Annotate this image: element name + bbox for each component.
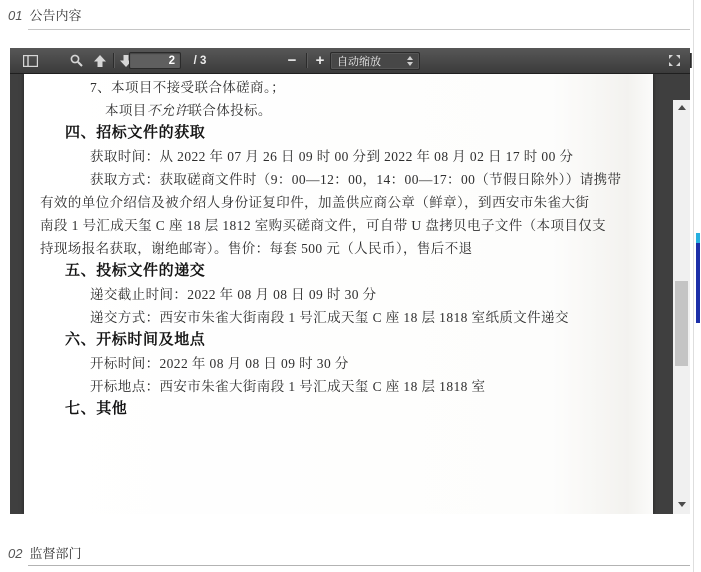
document-line: 有效的单位介绍信及被介绍人身份证复印件，加盖供应商公章（鲜章），到西安市朱雀大街 (24, 191, 653, 214)
zoom-in-button[interactable]: + (310, 48, 330, 73)
section-header-supervision: 02监督部门 (8, 543, 81, 562)
previous-page-button[interactable] (90, 48, 110, 73)
viewer-scrollbar[interactable] (673, 100, 690, 514)
toolbar-separator (690, 53, 691, 68)
document-line: 开标时间：2022 年 08 月 08 日 09 时 30 分 (24, 352, 653, 375)
document-line: 递交截止时间：2022 年 08 月 08 日 09 时 30 分 (24, 283, 653, 306)
sidebar-toggle-icon (23, 55, 38, 67)
zoom-select[interactable]: 自动缩放 (330, 52, 420, 70)
section-number: 02 (8, 546, 22, 561)
minus-icon: − (288, 53, 297, 68)
document-line: 七、其他 (24, 398, 653, 421)
search-icon (70, 54, 83, 67)
document-line: 获取时间：从 2022 年 07 月 26 日 09 时 00 分到 2022 … (24, 145, 653, 168)
document-lines: 7、本项目不接受联合体磋商。；本项目不允许联合体投标。四、招标文件的获取获取时间… (24, 74, 653, 421)
document-line: 六、开标时间及地点 (24, 329, 653, 352)
sidebar-toggle-button[interactable] (18, 48, 42, 73)
document-line: 五、投标文件的递交 (24, 260, 653, 283)
page-count-label: / 3 (186, 48, 214, 73)
section-divider (28, 565, 690, 566)
page-number-input[interactable] (129, 52, 181, 69)
plus-icon: + (316, 53, 325, 68)
search-button[interactable] (65, 48, 87, 73)
section-divider (28, 29, 690, 30)
zoom-select-value: 自动缩放 (337, 53, 407, 69)
pdf-toolbar: / 3 − + 自动缩放 (10, 48, 690, 74)
page-scrollbar-track (693, 0, 694, 572)
fullscreen-button[interactable] (662, 48, 686, 73)
toolbar-separator (306, 53, 307, 68)
pdf-page: 7、本项目不接受联合体磋商。；本项目不允许联合体投标。四、招标文件的获取获取时间… (24, 74, 653, 514)
document-line: 递交方式：西安市朱雀大街南段 1 号汇成天玺 C 座 18 层 1818 室纸质… (24, 306, 653, 329)
section-title: 公告内容 (29, 8, 81, 23)
page-scrollbar-thumb[interactable] (696, 233, 700, 323)
pdf-viewer: / 3 − + 自动缩放 7、本项目不接受联合体磋商。；本项目不允许联合体投 (10, 48, 690, 514)
document-line: 四、招标文件的获取 (24, 122, 653, 145)
scrollbar-up-button[interactable] (673, 100, 690, 115)
document-line: 获取方式：获取磋商文件时（9：00—12：00，14：00—17：00（节假日除… (24, 168, 653, 191)
triangle-up-icon (678, 105, 686, 110)
arrow-up-icon (94, 55, 106, 67)
triangle-down-icon (678, 502, 686, 507)
zoom-out-button[interactable]: − (282, 48, 302, 73)
scrollbar-down-button[interactable] (673, 497, 690, 512)
select-spinner-icon (407, 56, 413, 66)
section-title: 监督部门 (29, 546, 81, 561)
document-line: 本项目不允许联合体投标。 (24, 99, 653, 122)
toolbar-separator (113, 53, 114, 68)
scrollbar-thumb[interactable] (675, 281, 688, 366)
pdf-content-area: 7、本项目不接受联合体磋商。；本项目不允许联合体投标。四、招标文件的获取获取时间… (10, 74, 690, 514)
section-header-announcement: 01公告内容 (8, 5, 81, 24)
document-line: 南段 1 号汇成天玺 C 座 18 层 1812 室购买磋商文件，可自带 U 盘… (24, 214, 653, 237)
document-line: 7、本项目不接受联合体磋商。； (24, 76, 653, 99)
fullscreen-expand-icon (668, 54, 681, 67)
document-line: 开标地点：西安市朱雀大街南段 1 号汇成天玺 C 座 18 层 1818 室 (24, 375, 653, 398)
document-line: 持现场报名获取，谢绝邮寄）。售价：每套 500 元（人民币），售后不退 (24, 237, 653, 260)
section-number: 01 (8, 8, 22, 23)
